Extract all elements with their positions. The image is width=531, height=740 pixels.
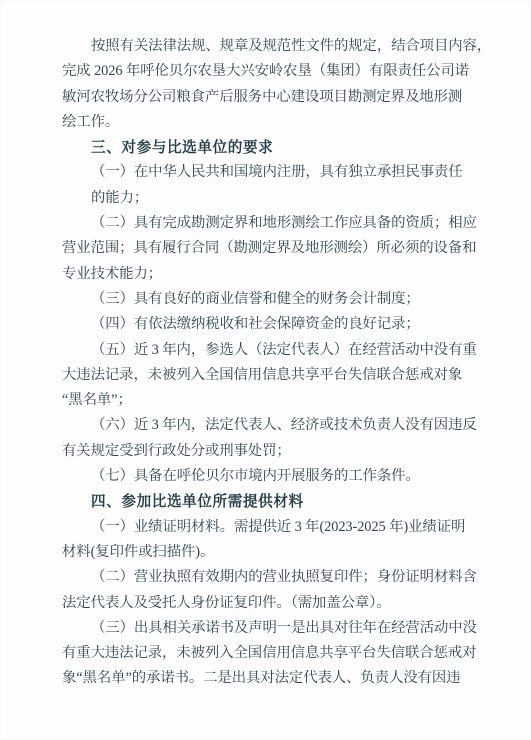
text-line: 按照有关法律法规、规章及规范性文件的规定，结合项目内容，	[62, 34, 473, 59]
text-line: 有重大违法记录，未被列入全国信用信息共享平台失信联合惩戒对	[62, 641, 473, 666]
text-line: 营业范围；具有履行合同（勘测定界及地形测绘）所必须的设备和	[62, 236, 473, 261]
text-line: 有关规定受到行政处分或刑事处罚；	[62, 439, 473, 464]
text-line: （五）近 3 年内，参选人（法定代表人）在经营活动中没有重	[62, 338, 473, 363]
text-line: （三）具有良好的商业信誉和健全的财务会计制度；	[62, 287, 473, 312]
text-line: 绘工作。	[62, 110, 473, 135]
text-line: 材料(复印件或扫描件)。	[62, 540, 473, 565]
text-line: （一）业绩证明材料。需提供近 3 年(2023-2025 年)业绩证明	[62, 515, 473, 540]
text-line: 象“黑名单”的承诺书。二是出具对法定代表人、负责人没有因违	[62, 666, 473, 691]
text-line: （七）具备在呼伦贝尔市境内开展服务的工作条件。	[62, 464, 473, 489]
text-line: 敏河农牧场分公司粮食产后服务中心建设项目勘测定界及地形测	[62, 85, 473, 110]
text-line: 专业技术能力；	[62, 262, 473, 287]
document-body: 按照有关法律法规、规章及规范性文件的规定，结合项目内容，完成 2026 年呼伦贝…	[62, 34, 473, 692]
text-line: （二）具有完成勘测定界和地形测绘工作应具备的资质；相应	[62, 211, 473, 236]
text-line: 大违法记录，未被列入全国信用信息共享平台失信联合惩戒对象	[62, 363, 473, 388]
text-line: （六）近 3 年内，法定代表人、经济或技术负责人没有因违反	[62, 413, 473, 438]
text-line: 的能力；	[62, 186, 473, 211]
text-line: “黑名单”；	[62, 388, 473, 413]
text-line: 完成 2026 年呼伦贝尔农垦大兴安岭农垦（集团）有限责任公司诺	[62, 59, 473, 84]
text-line: 法定代表人及受托人身份证复印件。（需加盖公章）。	[62, 591, 473, 616]
section-heading: 四、参加比选单位所需提供材料	[62, 489, 473, 514]
text-line: （三）出具相关承诺书及声明一是出具对往年在经营活动中没	[62, 616, 473, 641]
text-line: （二）营业执照有效期内的营业执照复印件；身份证明材料含	[62, 565, 473, 590]
text-line: （一）在中华人民共和国境内注册，具有独立承担民事责任	[62, 160, 473, 185]
section-heading: 三、对参与比选单位的要求	[62, 135, 473, 160]
text-line: （四）有依法缴纳税收和社会保障资金的良好记录；	[62, 312, 473, 337]
document-page: 按照有关法律法规、规章及规范性文件的规定，结合项目内容，完成 2026 年呼伦贝…	[0, 0, 531, 740]
